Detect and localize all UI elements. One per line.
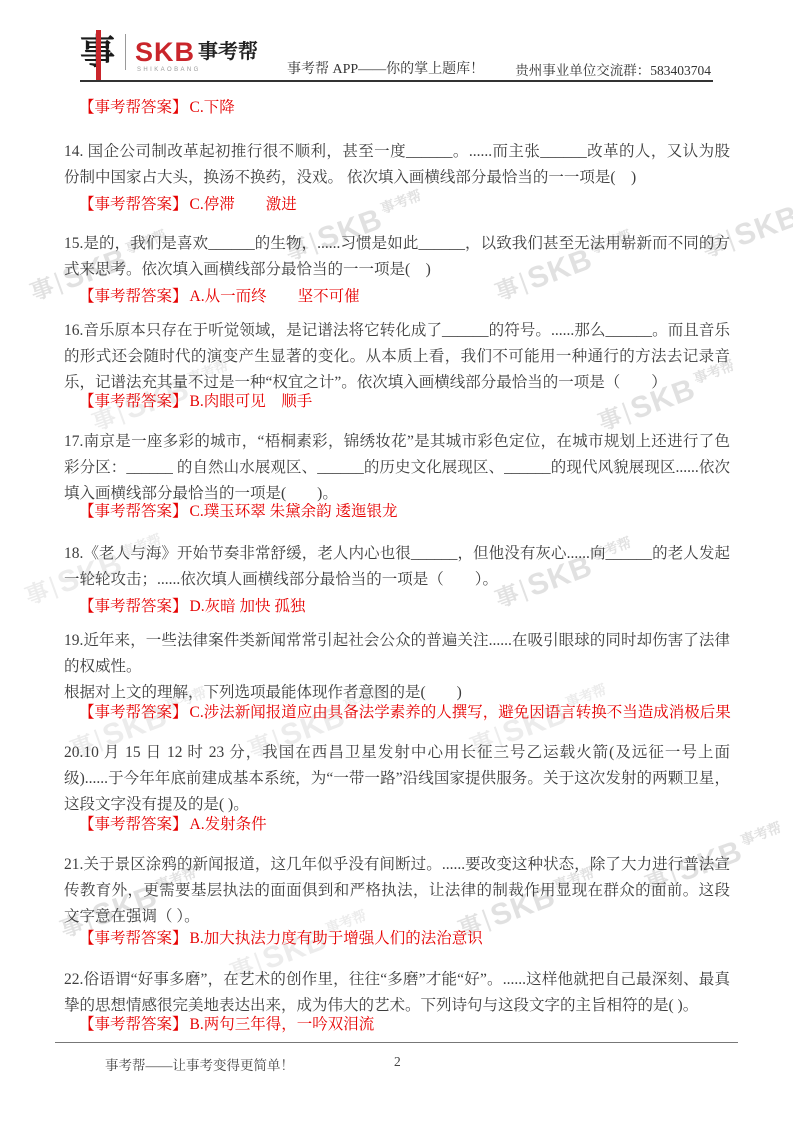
watermark-shi-icon: 事 xyxy=(22,576,58,608)
answer-label: 【事考帮答案】 xyxy=(79,816,188,833)
logo-subtitle-text: SHIKAOBANG xyxy=(137,67,201,73)
answer-line-q21: 【事考帮答案】B.加大执法力度有助于增强人们的法治意识 xyxy=(79,928,483,949)
watermark-brand-text: 事考帮 xyxy=(738,817,784,850)
question-14: 14. 国企公司制改革起初推行很不顺利，甚至一度______。......而主张… xyxy=(64,139,730,191)
answer-text: A.发射条件 xyxy=(190,816,267,833)
question-text: 16.音乐原本只存在于听觉领域，是记谱法将它转化成了______的符号。....… xyxy=(64,322,730,391)
skb-logo: 事 SKB 事考帮 SHIKAOBANG xyxy=(80,28,258,76)
answer-label: 【事考帮答案】 xyxy=(79,598,188,615)
answer-label: 【事考帮答案】 xyxy=(79,1016,188,1033)
logo-skb-text: SKB xyxy=(135,39,195,66)
answer-line-q17: 【事考帮答案】C.璞玉环翠 朱黛余韵 逶迤银龙 xyxy=(79,501,397,522)
answer-label: 【事考帮答案】 xyxy=(79,99,188,116)
answer-text: C.下降 xyxy=(190,99,235,116)
question-21: 21.关于景区涂鸦的新闻报道，这几年似乎没有间断过。......要改变这种状态，… xyxy=(64,852,730,930)
question-text: 21.关于景区涂鸦的新闻报道，这几年似乎没有间断过。......要改变这种状态，… xyxy=(64,856,730,925)
document-page: 事SKB事考帮 事SKB事考帮 事SKB事考帮 事SKB事考帮 事SKB事考帮 … xyxy=(0,0,793,1122)
answer-label: 【事考帮答案】 xyxy=(79,930,188,947)
question-text: 20.10 月 15 日 12 时 23 分，我国在西昌卫星发射中心用长征三号乙… xyxy=(64,744,730,813)
question-18: 18.《老人与海》开始节奏非常舒缓，老人内心也很______，但他没有灰心...… xyxy=(64,541,730,593)
footer-slogan: 事考帮——让事考变得更简单！ xyxy=(105,1054,294,1074)
logo-brand-text: 事考帮 xyxy=(198,42,258,62)
watermark-shi-icon: 事 xyxy=(27,272,63,304)
answer-line-q15: 【事考帮答案】A.从一而终 坚不可催 xyxy=(79,286,360,307)
question-15: 15.是的，我们是喜欢______的生物，......习惯是如此______，以… xyxy=(64,231,730,283)
question-text: 14. 国企公司制改革起初推行很不顺利，甚至一度______。......而主张… xyxy=(64,143,730,186)
logo-divider xyxy=(125,34,126,70)
answer-line-q13: 【事考帮答案】C.下降 xyxy=(79,97,235,118)
answer-text: B.两句三年得，一吟双泪流 xyxy=(190,1016,375,1033)
question-19: 19.近年来，一些法律案件类新闻常常引起社会公众的普遍关注......在吸引眼球… xyxy=(64,628,730,706)
answer-text: A.从一而终 坚不可催 xyxy=(190,288,360,305)
header-group-info: 贵州事业单位交流群：583403704 xyxy=(515,59,711,79)
watermark-skb-text: SKB xyxy=(731,201,793,252)
question-text: 19.近年来，一些法律案件类新闻常常引起社会公众的普遍关注......在吸引眼球… xyxy=(64,628,730,680)
answer-label: 【事考帮答案】 xyxy=(79,196,188,213)
question-17: 17.南京是一座多彩的城市，“梧桐素彩，锦绣妆花”是其城市彩色定位，在城市规划上… xyxy=(64,429,730,507)
answer-text: C.停滞 激进 xyxy=(190,196,297,213)
answer-label: 【事考帮答案】 xyxy=(79,393,188,410)
answer-line-q19: 【事考帮答案】C.涉法新闻报道应由具备法学素养的人撰写，避免因语言转换不当造成消… xyxy=(79,702,731,723)
footer-divider xyxy=(55,1042,738,1043)
answer-line-q14: 【事考帮答案】C.停滞 激进 xyxy=(79,194,297,215)
answer-text: B.肉眼可见 顺手 xyxy=(190,393,313,410)
answer-line-q20: 【事考帮答案】A.发射条件 xyxy=(79,814,267,835)
question-16: 16.音乐原本只存在于听觉领域，是记谱法将它转化成了______的符号。....… xyxy=(64,318,730,396)
question-22: 22.俗语谓“好事多磨”，在艺术的创作里，往往“多磨”才能“好”。......这… xyxy=(64,967,730,1019)
answer-line-q18: 【事考帮答案】D.灰暗 加快 孤独 xyxy=(79,596,305,617)
logo-text: SKB 事考帮 SHIKAOBANG xyxy=(135,39,258,66)
answer-text: D.灰暗 加快 孤独 xyxy=(190,598,306,615)
question-text: 18.《老人与海》开始节奏非常舒缓，老人内心也很______，但他没有灰心...… xyxy=(64,545,730,588)
answer-text: C.涉法新闻报道应由具备法学素养的人撰写，避免因语言转换不当造成消极后果 xyxy=(190,704,731,721)
header-divider xyxy=(80,80,713,82)
header-slogan: 事考帮 APP——你的掌上题库！ xyxy=(287,58,484,78)
answer-label: 【事考帮答案】 xyxy=(79,288,188,305)
answer-line-q22: 【事考帮答案】B.两句三年得，一吟双泪流 xyxy=(79,1014,374,1035)
question-20: 20.10 月 15 日 12 时 23 分，我国在西昌卫星发射中心用长征三号乙… xyxy=(64,740,730,818)
answer-text: C.璞玉环翠 朱黛余韵 逶迤银龙 xyxy=(190,503,398,520)
answer-label: 【事考帮答案】 xyxy=(79,704,188,721)
answer-label: 【事考帮答案】 xyxy=(79,503,188,520)
logo-shi-icon: 事 xyxy=(80,35,115,70)
answer-text: B.加大执法力度有助于增强人们的法治意识 xyxy=(190,930,483,947)
answer-line-q16: 【事考帮答案】B.肉眼可见 顺手 xyxy=(79,391,312,412)
question-text: 17.南京是一座多彩的城市，“梧桐素彩，锦绣妆花”是其城市彩色定位，在城市规划上… xyxy=(64,433,730,502)
page-number: 2 xyxy=(394,1054,401,1070)
question-text: 15.是的，我们是喜欢______的生物，......习惯是如此______，以… xyxy=(64,235,730,278)
question-text: 22.俗语谓“好事多磨”，在艺术的创作里，往往“多磨”才能“好”。......这… xyxy=(64,971,730,1014)
